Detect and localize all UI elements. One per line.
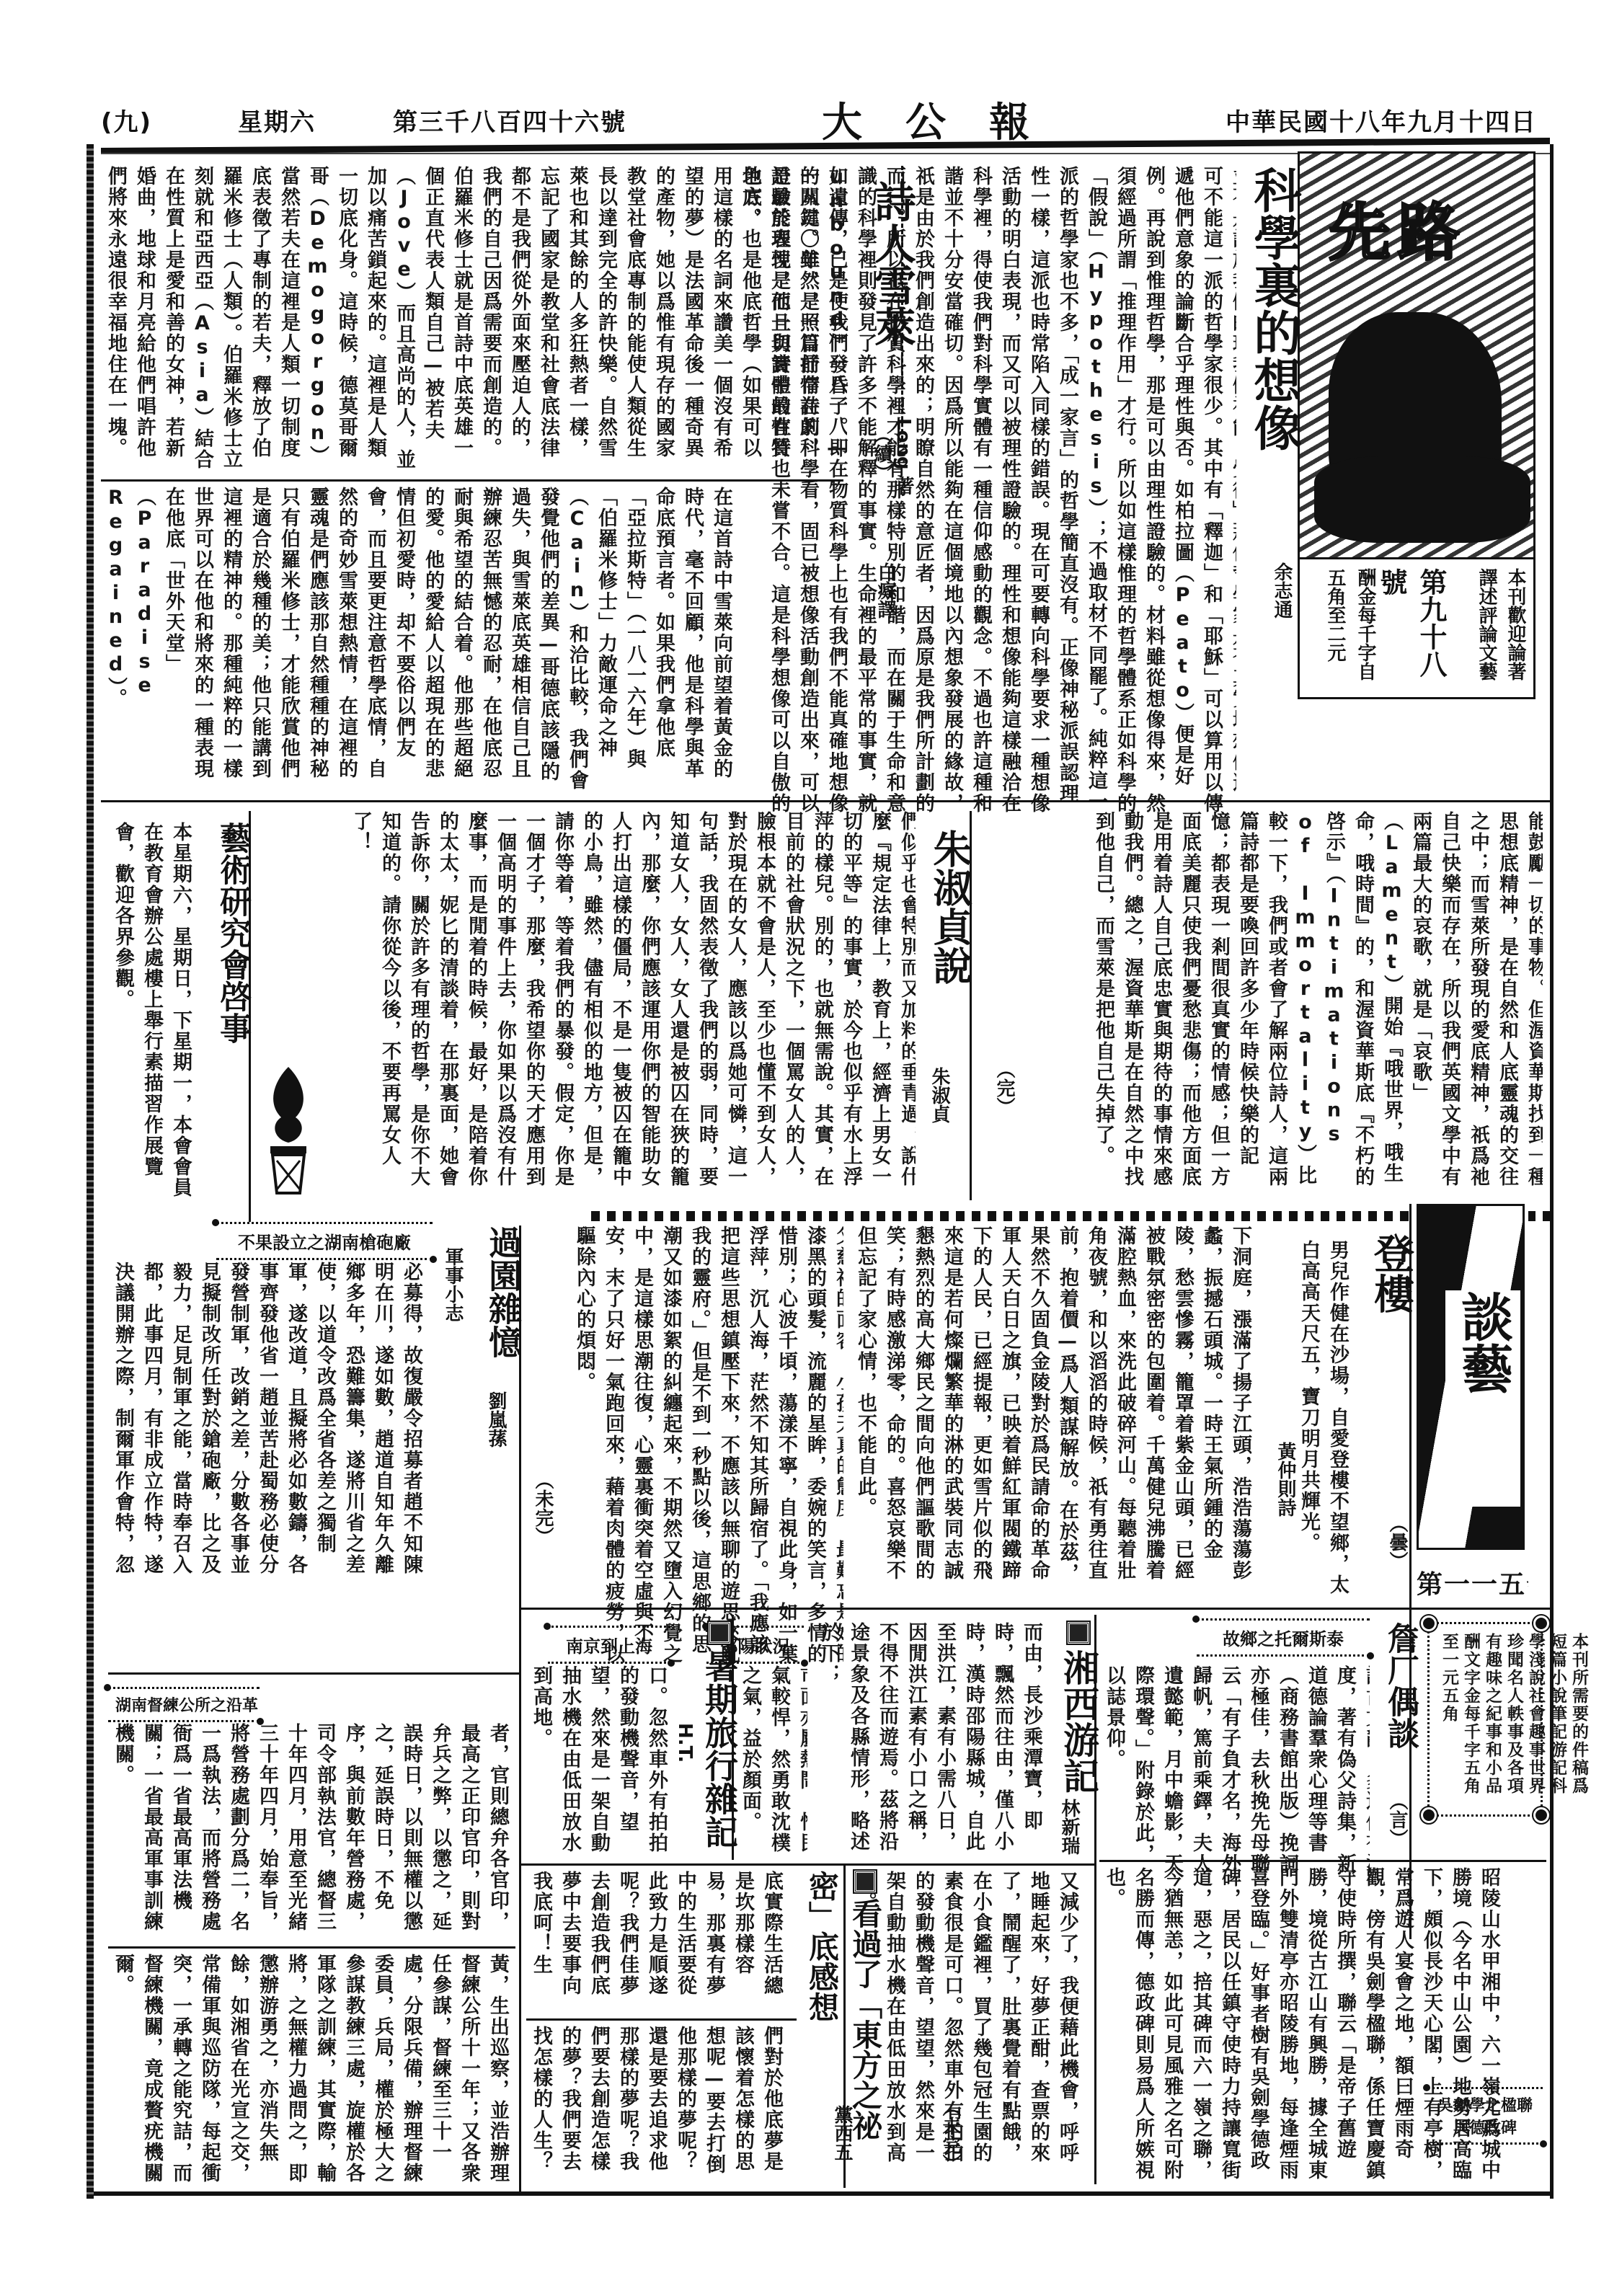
right-page-border xyxy=(1550,144,1554,2199)
art-notice-title: 藝術研究會啓事 xyxy=(209,822,255,1052)
section-box-icon xyxy=(1068,1622,1089,1644)
dongfang-quote-text: 那個皮匠—「東方之秘密」中底主角—真正是我們一般人，尤其是我們東方一般人底代表；… xyxy=(526,2026,793,2184)
shelley-article-title: 詩人雪萊 xyxy=(861,180,922,418)
xiangxi-title: 湘西游記 xyxy=(1052,1622,1104,1795)
dengou-epigraph-text: 男兒作健在沙場，自愛登樓不望鄉，太白高高天尺五，寶刀明月共輝光。 xyxy=(1294,1240,1352,1615)
zhu-article-text: 朱淑貞說些什麼呢？在當今之世，內言不一定不可以出於閫，所以，我們並沒有什麼可以說… xyxy=(346,811,916,1193)
horse-illustration-icon xyxy=(1314,456,1530,543)
masthead: (九) 星期六 第三千八百四十六號 大公報 中華民國十八年九月十四日 xyxy=(101,101,1550,144)
publication-date: 中華民國十八年九月十四日 xyxy=(1226,102,1537,138)
dongfang-quote: 那個皮匠—「東方之秘密」中底主角—真正是我們一般人，尤其是我們東方一般人底代表；… xyxy=(526,2026,793,2184)
xianlu-notice-line-2: 譯述評論文藝 xyxy=(1473,568,1500,681)
xiangxi-body-text: 湘西地處邊陲，交通不便，素爲盜匪淵藪，民不聊生，歷有年矣，欲求知湘西各社會情狀者… xyxy=(815,1622,1045,1853)
dongfang-author: 黨西五 xyxy=(829,2105,856,2184)
shaoyang-body-text: 邵邑縣城，週圍約八里許，尚有城牆，並有大鐵砲四座，長約丈餘，均係咸豐年間物，教育… xyxy=(735,1665,807,1860)
section-rule xyxy=(519,1608,1550,1610)
xianlu-notice-line-1: 本刊歡迎論著 xyxy=(1502,568,1529,681)
subhead-hunan-yamen: 湖南督練公所之沿革 xyxy=(108,1687,260,1722)
tanyi-banner: 談藝 第一一五號 xyxy=(1413,1204,1528,1608)
shelley-translator: 白癡譯 xyxy=(872,562,899,649)
subhead-nanjing-shanghai: 南京到上海 xyxy=(548,1626,670,1664)
summer-travel-title: 暑期旅行雜記 xyxy=(696,1622,743,1853)
jiandan-body-text: 湘鄉周宏業卒業於日本早稻田大學，歸國後，歷任財政部次長，天津造幣廠廠長，性情恬澹… xyxy=(1099,1665,1370,1874)
science-article-title: 科學裏的想像 xyxy=(1240,166,1308,505)
issue-number: 第三千八百四十六號 xyxy=(393,102,626,138)
weekday: 星期六 xyxy=(238,102,316,138)
shelley-part2-text: 一八二一年）與「亞拉斯特底魔術」（一八二〇年）是有許多地方和「伯羅米修士」相似。… xyxy=(1089,811,1543,1193)
art-notice-text: 本星期六，星期日，下星期一，本會會員在教育會辦公處樓上舉行素描習作展覽會，歡迎各… xyxy=(108,822,195,1218)
section-rule xyxy=(526,2018,797,2021)
dengou-title: 登樓 xyxy=(1362,1233,1420,1377)
zhu-article-body: 朱淑貞說些什麼呢？在當今之世，內言不一定不可以出於閫，所以，我們並沒有什麼可以說… xyxy=(346,811,916,1193)
jiandan-stele-body: 昭陵山水甲湘中，六一嶺尤爲城中勝境（今名中山公園）地勢居高臨下，頗似長沙天心閣，… xyxy=(1099,1867,1546,2184)
tanyi-title: 談藝 xyxy=(1445,1290,1520,1507)
section-rule xyxy=(1099,1860,1546,1862)
shelley-part2-end-mark: （完） xyxy=(991,1060,1018,1132)
xiangxi-body: 湘西地處邊陲，交通不便，素爲盜匪淵藪，民不聊生，歷有年矣，欲求知湘西各社會情狀者… xyxy=(815,1622,1045,1853)
dengou-body-text: 革命的高潮，發源於珠江流域，逾衡嶽下洞庭，漲滿了揚子江頭，浩浩蕩蕩彭蠡，振撼石頭… xyxy=(851,1225,1262,1600)
zhu-article-title: 朱淑貞說 xyxy=(923,829,978,1002)
section-rule xyxy=(108,1672,519,1675)
guoyuan-yamen-text: 委丁春農刺史潤章赴鄂，調查成規，並與外商接洽，訂購機器，委員長沙南門外各地，擇定… xyxy=(108,1723,515,1939)
jiandan-tag: （言） xyxy=(1384,1791,1411,1849)
flower-vase-icon xyxy=(260,1060,317,1197)
jiandan-stele-text: 昭陵山水甲湘中，六一嶺尤爲城中勝境（今名中山公園）地勢居高臨下，頗似長沙天心閣，… xyxy=(1099,1867,1503,2184)
column-divider xyxy=(519,1225,521,2191)
dengou-epigraph: 男兒作健在沙場，自愛登樓不望鄉，太白高高天尺五，寶刀明月共輝光。 xyxy=(1294,1240,1359,1615)
newspaper-page: (九) 星期六 第三千八百四十六號 大公報 中華民國十八年九月十四日 先路 本刊… xyxy=(87,101,1557,2206)
subhead-hunan-arsenal: 不果設立之湖南槍砲廠 xyxy=(216,1222,433,1260)
shelley-part2-body: 一八二一年）與「亞拉斯特底魔術」（一八二〇年）是有許多地方和「伯羅米修士」相似。… xyxy=(1089,811,1543,1193)
xianlu-info-box: 本刊歡迎論著 譯述評論文藝 第九十八號 酬金每千字自 五角至二元 xyxy=(1300,557,1535,699)
guoyuan-military-text: 湘省既須編練新軍，趙次珊制軍遂擬在湘設立槍砲廠，惟當時國家地方收入，既均不敷，而… xyxy=(108,1262,433,1579)
newspaper-title: 大公報 xyxy=(822,91,1073,149)
shelley-continued-text: 在這首詩中雪萊向前望着黃金的時代，毫不回顧，他是科學與革命底預言者。如果我們拿他… xyxy=(101,487,735,797)
jiandan-title: 詹厂偶談 xyxy=(1377,1622,1423,1795)
dengou-tag: （曇） xyxy=(1384,1514,1411,1593)
corner-ornament-icon xyxy=(1533,1615,1549,1631)
dengou-end-mark: （未完） xyxy=(530,1471,557,1579)
xianlu-fee-line-1: 酬金每千字自 xyxy=(1352,568,1379,681)
section-rule xyxy=(101,479,843,482)
guoyuan-title: 過園雜憶 xyxy=(479,1225,527,1370)
xianlu-issue-number: 第九十八號 xyxy=(1372,568,1451,699)
guoyuan-military-body: 湘省既須編練新軍，趙次珊制軍遂擬在湘設立槍砲廠，惟當時國家地方收入，既均不敷，而… xyxy=(108,1262,433,1579)
summer-travel-author: H.T. xyxy=(674,1723,696,1788)
dengou-part2-text: 在一個風清月明的晚上，一個人出來，頗感覺到寂寞，望着繁星，步出房遠望，滿天星斗，… xyxy=(570,1225,843,1672)
xiangxi-author: 林新瑞 xyxy=(1056,1799,1083,1878)
dengou-epigraph-author: 黃仲則詩 xyxy=(1272,1442,1299,1550)
corner-ornament-icon xyxy=(1421,1615,1437,1631)
section-rule xyxy=(108,1946,515,1949)
xianlu-title: 先路 xyxy=(1329,182,1467,272)
left-page-border xyxy=(87,144,94,2199)
xianlu-fee-line-2: 五角至二元 xyxy=(1322,568,1349,662)
bottom-page-rule xyxy=(94,2191,1554,2196)
section-rule xyxy=(519,1863,1096,1866)
dongfang-body-text: 我在幼小的時候初讀古文，讀到李太白底「浮生若夢」一句，便深覺得人生只是一個大夢；… xyxy=(526,1871,793,2015)
shelley-article-author: Long 著 xyxy=(890,418,917,519)
corner-ornament-icon xyxy=(1533,1807,1549,1823)
dengou-part2-body: 在一個風清月明的晚上，一個人出來，頗感覺到寂寞，望着繁星，步出房遠望，滿天星斗，… xyxy=(570,1225,843,1672)
art-notice-body: 本星期六，星期日，下星期一，本會會員在教育會辦公處樓上舉行素描習作展覽會，歡迎各… xyxy=(108,822,202,1218)
shelley-article-continued: 在這首詩中雪萊向前望着黃金的時代，毫不回顧，他是科學與革命底預言者。如果我們拿他… xyxy=(101,487,847,797)
manuscript-notice-box: 本刊所需要的件稿爲短篇小說筆記游記科學淺說社會趣事世界珍聞名人軼事及各項有趣味之… xyxy=(1427,1622,1543,1817)
section-box-icon xyxy=(709,1622,730,1644)
shaoyang-body: 邵邑縣城，週圍約八里許，尚有城牆，並有大鐵砲四座，長約丈餘，均係咸豐年間物，教育… xyxy=(735,1665,807,1860)
shelley-article-text: 「伯羅米修士之釋放」—他是科學與革命底預言者。「伯羅米修士之釋放」（Promet… xyxy=(101,166,847,472)
corner-ornament-icon xyxy=(1421,1807,1437,1823)
jiandan-body: 湘鄉周宏業卒業於日本早稻田大學，歸國後，歷任財政部次長，天津造幣廠廠長，性情恬澹… xyxy=(1099,1665,1370,1874)
summer-travel-end-mark: （未完） xyxy=(937,2098,964,2177)
tanyi-issue-number: 第一一五號 xyxy=(1417,1564,1528,1601)
guoyuan-tail-text: 則各屬衙，均可參謀職，又加軍秘書，湘省道旨改組後，即委令巡察使，顧辦理執法營務處… xyxy=(108,1954,515,2184)
guoyuan-author: 劉嵐蓀 xyxy=(483,1391,510,1471)
summer-travel-text: 水陸交通，都很方便，我們取火車迅速，手續簡單，沒有坐輪船。行李便床，一行人與朋友… xyxy=(526,1665,670,1860)
ornamental-divider xyxy=(591,1211,1550,1221)
manuscript-notice-text: 本刊所需要的件稿爲短篇小說筆記游記科學淺說社會趣事世界珍聞名人軼事及各項有趣味之… xyxy=(1438,1633,1590,1806)
section-rule xyxy=(101,800,1550,802)
science-article-author: 余志通 xyxy=(1269,562,1295,670)
page-number: (九) xyxy=(101,102,152,138)
summer-travel-body: 水陸交通，都很方便，我們取火車迅速，手續簡單，沒有坐輪船。行李便床，一行人與朋友… xyxy=(526,1665,670,1860)
dengou-body: 革命的高潮，發源於珠江流域，逾衡嶽下洞庭，漲滿了揚子江頭，浩浩蕩蕩彭蠡，振撼石頭… xyxy=(851,1225,1262,1600)
subhead-tolstoy: 故鄉之托爾斯泰 xyxy=(1197,1618,1370,1657)
xianlu-banner: 先路 本刊歡迎論著 譯述評論文藝 第九十八號 酬金每千字自 五角至二元 xyxy=(1298,151,1535,699)
zhu-article-author: 朱淑貞 xyxy=(926,1067,953,1146)
section-box-icon xyxy=(854,1871,876,1892)
dongfang-body: 我在幼小的時候初讀古文，讀到李太白底「浮生若夢」一句，便深覺得人生只是一個大夢；… xyxy=(526,1871,793,2015)
guoyuan-subhead-military: 軍事小志 xyxy=(440,1247,466,1348)
guoyuan-tail-body: 則各屬衙，均可參謀職，又加軍秘書，湘省道旨改組後，即委令巡察使，顧辦理執法營務處… xyxy=(108,1954,515,2184)
shelley-article-body: 「伯羅米修士之釋放」—他是科學與革命底預言者。「伯羅米修士之釋放」（Promet… xyxy=(101,166,847,472)
guoyuan-yamen-body: 委丁春農刺史潤章赴鄂，調查成規，並與外商接洽，訂購機器，委員長沙南門外各地，擇定… xyxy=(108,1723,515,1939)
